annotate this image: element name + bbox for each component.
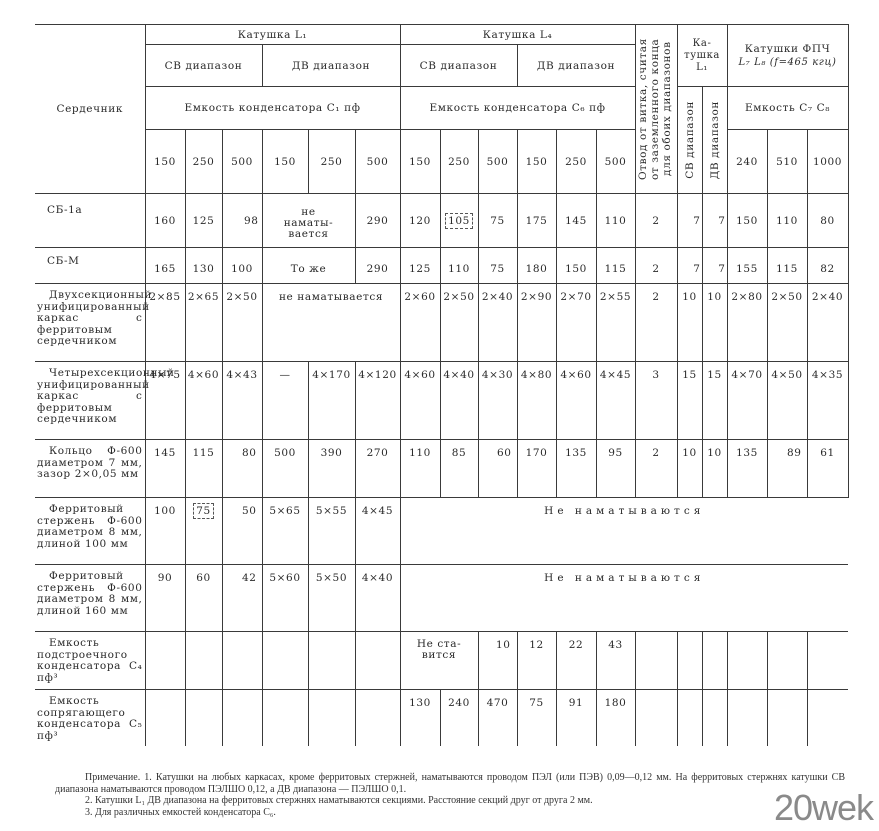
cap-value: 250 <box>440 130 478 194</box>
header-core: Сердечник <box>35 25 145 194</box>
cell: 150 <box>556 248 596 284</box>
empty-cell <box>767 690 807 747</box>
cell: 135 <box>556 440 596 498</box>
header-coil-l4: Катушка L₄ <box>400 25 635 45</box>
cell: 12 <box>517 632 556 690</box>
cell: 390 <box>308 440 355 498</box>
not-wound-cell: Не наматываются <box>400 498 848 565</box>
cap-value: 500 <box>596 130 635 194</box>
cell: 2×40 <box>807 284 848 362</box>
cell: 160 <box>145 194 185 248</box>
cell: 135 <box>727 440 767 498</box>
cell: 2 <box>635 194 677 248</box>
header-cap-c1: Емкость конденсатора C₁ пф <box>145 87 400 130</box>
empty-cell <box>262 690 308 747</box>
cell: 120 <box>400 194 440 248</box>
cell: 4×170 <box>308 362 355 440</box>
cell: 75 <box>478 248 517 284</box>
cell: 115 <box>767 248 807 284</box>
header-l1b-dv: ДВ диапазон <box>702 87 727 194</box>
table-row: СБ-М 165 130 100 То же 290 125 110 75 18… <box>35 248 848 284</box>
cell: 290 <box>355 248 400 284</box>
cell: 180 <box>596 690 635 747</box>
empty-cell <box>635 632 677 690</box>
empty-cell <box>727 632 767 690</box>
header-l1-sv: СВ диапазон <box>145 45 262 87</box>
note-2: 2. Катушки L₁ ДВ диапазона на ферритовых… <box>55 795 845 807</box>
cell: 42 <box>222 565 262 632</box>
cell: 4×80 <box>517 362 556 440</box>
cell: 115 <box>185 440 222 498</box>
cell: 5×55 <box>308 498 355 565</box>
cell: 4×40 <box>440 362 478 440</box>
cell: 90 <box>145 565 185 632</box>
table-row: Кольцо Ф-600 диаметром 7 мм, зазор 2×0,0… <box>35 440 848 498</box>
cell: 125 <box>400 248 440 284</box>
table-row: Емкость сопрягающего конденсатора C₅ пф³… <box>35 690 848 747</box>
cell: 50 <box>222 498 262 565</box>
cell: 100 <box>145 498 185 565</box>
empty-cell <box>807 632 848 690</box>
note-1: Примечание. 1. Катушки на любых каркасах… <box>55 772 845 795</box>
cell: 75 <box>185 498 222 565</box>
cell: 165 <box>145 248 185 284</box>
cell: 80 <box>222 440 262 498</box>
cell: не наматы-вается <box>262 194 355 248</box>
cell: 2 <box>635 440 677 498</box>
cell: 4×60 <box>556 362 596 440</box>
empty-cell <box>222 690 262 747</box>
cap-value: 500 <box>355 130 400 194</box>
cell: 2×85 <box>145 284 185 362</box>
cell: 110 <box>440 248 478 284</box>
row-label: Ферритовый стержень Ф-600 диаметром 8 мм… <box>35 498 145 565</box>
table-row: Двухсекционный унифицированный каркас с … <box>35 284 848 362</box>
cell: 5×60 <box>262 565 308 632</box>
cap-value: 150 <box>400 130 440 194</box>
table-row: СБ-1а 160 125 98 не наматы-вается 290 12… <box>35 194 848 248</box>
cell: 4×45 <box>355 498 400 565</box>
empty-cell <box>185 690 222 747</box>
cell: 2 <box>635 248 677 284</box>
empty-cell <box>727 690 767 747</box>
cell: То же <box>262 248 355 284</box>
empty-cell <box>355 632 400 690</box>
cell: 2×60 <box>400 284 440 362</box>
cap-value: 500 <box>222 130 262 194</box>
fpch-subtitle: L₇ L₈ (f=465 кгц) <box>729 56 847 69</box>
cell: 5×50 <box>308 565 355 632</box>
cell: 4×40 <box>355 565 400 632</box>
cell: 95 <box>596 440 635 498</box>
table-row: Емкость подстроечного конденсатора C₄ пф… <box>35 632 848 690</box>
empty-cell <box>145 632 185 690</box>
cell: 82 <box>807 248 848 284</box>
cell: 155 <box>727 248 767 284</box>
cell: 7 <box>702 248 727 284</box>
cell: не наматывается <box>262 284 400 362</box>
cell: 175 <box>517 194 556 248</box>
row-label: Емкость сопрягающего конденсатора C₅ пф³ <box>35 690 145 747</box>
cell: 2×40 <box>478 284 517 362</box>
header-l1b-sv: СВ диапазон <box>677 87 702 194</box>
cell: 290 <box>355 194 400 248</box>
fpch-title: Катушки ФПЧ <box>729 43 847 56</box>
cell: 10 <box>677 440 702 498</box>
cell: 470 <box>478 690 517 747</box>
cell: — <box>262 362 308 440</box>
cell: 91 <box>556 690 596 747</box>
cell: 3 <box>635 362 677 440</box>
empty-cell <box>145 690 185 747</box>
cell: 115 <box>596 248 635 284</box>
cell: 110 <box>767 194 807 248</box>
header-l1-dv: ДВ диапазон <box>262 45 400 87</box>
cell: 130 <box>400 690 440 747</box>
cell: 85 <box>440 440 478 498</box>
cell: 15 <box>677 362 702 440</box>
cell: 4×30 <box>478 362 517 440</box>
cell: 2×65 <box>185 284 222 362</box>
cell: 500 <box>262 440 308 498</box>
header-cap-c7c8: Емкость C₇ C₈ <box>727 87 848 130</box>
cap-value: 250 <box>185 130 222 194</box>
empty-cell <box>262 632 308 690</box>
row-label: СБ-1а <box>35 194 145 248</box>
cell: 2×70 <box>556 284 596 362</box>
cell: 10 <box>478 632 517 690</box>
cell: 2×50 <box>222 284 262 362</box>
table-row: Ферритовый стержень Ф-600 диаметром 8 мм… <box>35 565 848 632</box>
cell: 145 <box>556 194 596 248</box>
empty-cell <box>702 632 727 690</box>
cell: 89 <box>767 440 807 498</box>
cell: 110 <box>596 194 635 248</box>
cell: 2×55 <box>596 284 635 362</box>
cell: 240 <box>440 690 478 747</box>
cap-value: 150 <box>145 130 185 194</box>
empty-cell <box>807 690 848 747</box>
cell: 43 <box>596 632 635 690</box>
fpch-value: 510 <box>767 130 807 194</box>
cell: 145 <box>145 440 185 498</box>
cell: 4×50 <box>767 362 807 440</box>
header-tap: Отвод от витка, считая от заземленного к… <box>635 25 677 194</box>
cell: 4×70 <box>727 362 767 440</box>
row-label: Четырехсекционный унифицированный каркас… <box>35 362 145 440</box>
cell: 4×43 <box>222 362 262 440</box>
row-label: Кольцо Ф-600 диаметром 7 мм, зазор 2×0,0… <box>35 440 145 498</box>
empty-cell <box>308 632 355 690</box>
watermark: 20wek <box>774 787 873 829</box>
table-row: Ферритовый стержень Ф-600 диаметром 8 мм… <box>35 498 848 565</box>
cap-value: 250 <box>308 130 355 194</box>
row-label: Ферритовый стержень Ф-600 диаметром 8 мм… <box>35 565 145 632</box>
cap-value: 150 <box>517 130 556 194</box>
row-label: Емкость подстроечного конденсатора C₄ пф… <box>35 632 145 690</box>
cell: 7 <box>702 194 727 248</box>
cell: 10 <box>677 284 702 362</box>
header-fpch: Катушки ФПЧ L₇ L₈ (f=465 кгц) <box>727 25 848 87</box>
cell: Не ста-вится <box>400 632 478 690</box>
cell: 61 <box>807 440 848 498</box>
cell: 2×50 <box>440 284 478 362</box>
cell: 2 <box>635 284 677 362</box>
cell: 2×90 <box>517 284 556 362</box>
footnotes: Примечание. 1. Катушки на любых каркасах… <box>55 772 845 818</box>
empty-cell <box>222 632 262 690</box>
not-wound-cell: Не наматываются <box>400 565 848 632</box>
cap-value: 250 <box>556 130 596 194</box>
cell: 5×65 <box>262 498 308 565</box>
cell: 110 <box>400 440 440 498</box>
header-l4-sv: СВ диапазон <box>400 45 517 87</box>
cell: 4×120 <box>355 362 400 440</box>
cell: 4×45 <box>596 362 635 440</box>
empty-cell <box>355 690 400 747</box>
cell: 270 <box>355 440 400 498</box>
cap-value: 150 <box>262 130 308 194</box>
empty-cell <box>185 632 222 690</box>
cap-value: 500 <box>478 130 517 194</box>
cell: 130 <box>185 248 222 284</box>
empty-cell <box>677 632 702 690</box>
header-cap-c6: Емкость конденсатора C₆ пф <box>400 87 635 130</box>
header-l4-dv: ДВ диапазон <box>517 45 635 87</box>
fpch-value: 240 <box>727 130 767 194</box>
cell: 75 <box>478 194 517 248</box>
cell: 60 <box>478 440 517 498</box>
cell: 80 <box>807 194 848 248</box>
cell: 125 <box>185 194 222 248</box>
cell: 7 <box>677 248 702 284</box>
cell: 7 <box>677 194 702 248</box>
row-label: СБ-М <box>35 248 145 284</box>
cell: 105 <box>440 194 478 248</box>
cell: 180 <box>517 248 556 284</box>
note-3: 3. Для различных емкостей конденсатора C… <box>55 807 845 819</box>
header-coil-l1b: Ка-тушка L₁ <box>677 25 727 87</box>
cell: 4×60 <box>185 362 222 440</box>
cell: 10 <box>702 284 727 362</box>
row-label: Двухсекционный унифицированный каркас с … <box>35 284 145 362</box>
empty-cell <box>677 690 702 747</box>
cell: 170 <box>517 440 556 498</box>
cell: 22 <box>556 632 596 690</box>
cell: 15 <box>702 362 727 440</box>
cell: 4×75 <box>145 362 185 440</box>
cell: 60 <box>185 565 222 632</box>
marked-value: 75 <box>193 503 214 519</box>
marked-value: 105 <box>445 213 473 229</box>
empty-cell <box>308 690 355 747</box>
cell: 75 <box>517 690 556 747</box>
fpch-value: 1000 <box>807 130 848 194</box>
cell: 150 <box>727 194 767 248</box>
cell: 100 <box>222 248 262 284</box>
cell: 2×50 <box>767 284 807 362</box>
empty-cell <box>767 632 807 690</box>
empty-cell <box>702 690 727 747</box>
cell: 2×80 <box>727 284 767 362</box>
table-row: Четырехсекционный унифицированный каркас… <box>35 362 848 440</box>
coil-data-table: Сердечник Катушка L₁ Катушка L₄ Отвод от… <box>35 24 849 746</box>
cell: 4×35 <box>807 362 848 440</box>
cell: 4×60 <box>400 362 440 440</box>
cell: 98 <box>222 194 262 248</box>
cell: 10 <box>702 440 727 498</box>
header-coil-l1: Катушка L₁ <box>145 25 400 45</box>
empty-cell <box>635 690 677 747</box>
